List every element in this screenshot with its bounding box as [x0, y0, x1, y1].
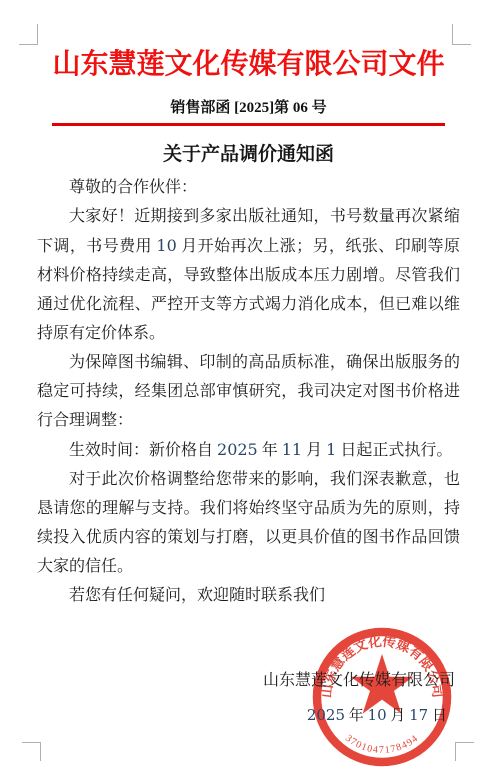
red-header-rule [52, 123, 445, 126]
page-corner-mark-bottom-right [455, 742, 474, 761]
page-corner-mark-bottom-left [22, 742, 41, 761]
salutation: 尊敬的合作伙伴： [37, 173, 460, 202]
signature-date: 2025 年 10 月 17 日 [263, 705, 455, 726]
document-number: 销售部函 [2025]第 06 号 [0, 96, 497, 117]
body-paragraph-effective-date: 生效时间：新价格自 2025 年 11 月 1 日起正式执行。 [37, 435, 460, 465]
signature-block: 山东慧莲文化传媒有限公司 2025 年 10 月 17 日 [263, 671, 455, 726]
company-header-title: 山东慧莲文化传媒有限公司文件 [0, 42, 497, 82]
body-paragraph: 为保障图书编辑、印制的高品质标准，确保出版服务的稳定可持续，经集团总部审慎研究，… [37, 348, 460, 435]
document-body: 尊敬的合作伙伴： 大家好！近期接到多家出版社通知，书号数量再次紧缩下调，书号费用… [37, 173, 460, 610]
document-title: 关于产品调价通知函 [0, 139, 497, 166]
signature-company-name: 山东慧莲文化传媒有限公司 [263, 671, 455, 691]
body-paragraph: 对于此次价格调整给您带来的影响，我们深表歉意，也恳请您的理解与支持。我们将始终坚… [37, 465, 460, 581]
document-page: 山东慧莲文化传媒有限公司文件 销售部函 [2025]第 06 号 关于产品调价通… [0, 0, 497, 784]
body-paragraph-closing: 若您有任何疑问，欢迎随时联系我们 [37, 581, 460, 610]
body-paragraph: 大家好！近期接到多家出版社通知，书号数量再次紧缩下调，书号费用 10 月开始再次… [37, 202, 460, 348]
